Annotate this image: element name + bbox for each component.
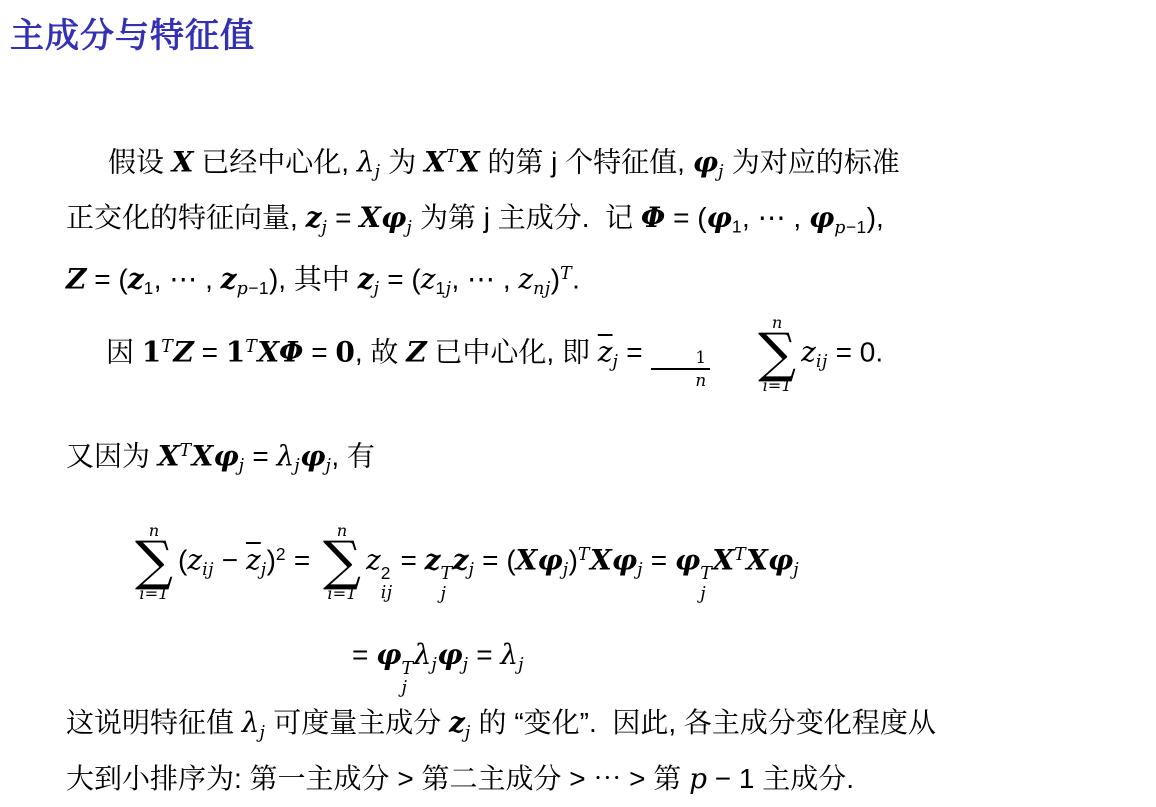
display-equation: n∑i=1(zij − zj)2 = n∑i=1z2ij = zTjzj = (… bbox=[130, 494, 1152, 698]
fraction: 1n bbox=[651, 347, 710, 391]
summation-symbol: n∑i=1 bbox=[718, 313, 796, 396]
paragraph-centering: 因 1TZ = 1TXΦ = 0, 故 Z 已中心化, 即 zj = 1nn∑i… bbox=[66, 296, 1152, 412]
paragraph-eigen-relation: 又因为 XTXφj = λjφj, 有 bbox=[66, 424, 1152, 492]
slide: 主成分与特征值 假设 X 已经中心化, λj 为 XTX 的第 j 个特征值, … bbox=[0, 0, 1156, 807]
paragraph-setup: 假设 X 已经中心化, λj 为 XTX 的第 j 个特征值, φj 为对应的标… bbox=[66, 134, 1152, 312]
text-line: 又因为 XTXφj = λjφj, 有 bbox=[66, 424, 1152, 492]
text-line: 这说明特征值 λj 可度量主成分 zj 的 “变化”. 因此, 各主成分变化程度… bbox=[66, 700, 1152, 756]
overbar-variable: z bbox=[246, 544, 261, 577]
page-title: 主成分与特征值 bbox=[10, 8, 255, 57]
paragraph-conclusion: 这说明特征值 λj 可度量主成分 zj 的 “变化”. 因此, 各主成分变化程度… bbox=[66, 700, 1152, 802]
text-line: 大到小排序为: 第一主成分 > 第二主成分 > ⋯ > 第 p − 1 主成分. bbox=[66, 756, 1152, 802]
equation-line: n∑i=1(zij − zj)2 = n∑i=1z2ij = zTjzj = (… bbox=[130, 494, 1152, 630]
equation-line: = φTjλjφj = λj bbox=[352, 630, 1152, 698]
text-line: 因 1TZ = 1TXΦ = 0, 故 Z 已中心化, 即 zj = 1nn∑i… bbox=[66, 296, 1152, 412]
summation-symbol: n∑i=1 bbox=[323, 521, 361, 604]
text-line: 假设 X 已经中心化, λj 为 XTX 的第 j 个特征值, φj 为对应的标… bbox=[66, 134, 1152, 195]
text-line: 正交化的特征向量, zj = Xφj 为第 j 主成分. 记 Φ = (φ1, … bbox=[66, 195, 1152, 251]
overbar-variable: z bbox=[598, 336, 613, 369]
summation-symbol: n∑i=1 bbox=[135, 521, 173, 604]
